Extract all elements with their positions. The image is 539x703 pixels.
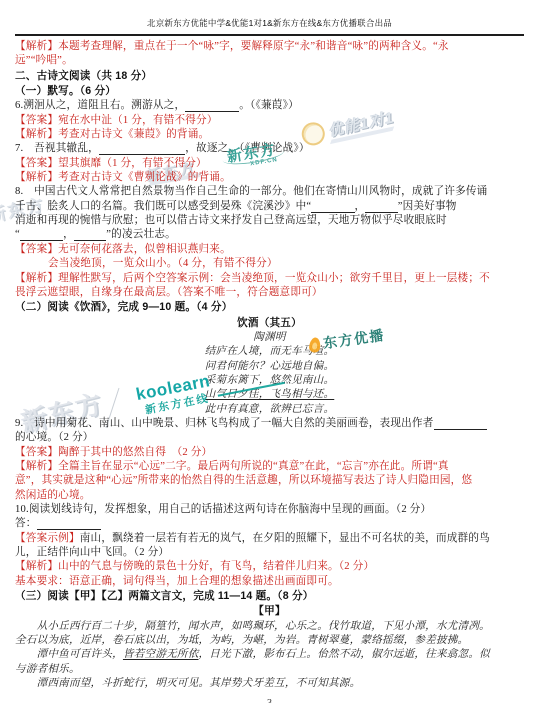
text-segment: 基本要求：语意正确，词句得当，加上合理的想象描述出画面即可。 [15, 576, 339, 587]
text-segment: 的心境。（2 分） [15, 432, 94, 443]
document-line: 山气日夕佳，飞鸟相与还。 [15, 388, 524, 402]
document-page: 新东方 新东方 新东方 北京新东方优能中学&优能1对1&新东方在线&东方优播联合… [0, 0, 539, 703]
text-segment: 此中有真意，欲辨已忘言。 [205, 404, 335, 415]
blank-underline [311, 202, 354, 213]
document-line: 【答案示例】南山，飘绕着一层若有若无的岚气，在夕阳的照耀下，显出不可名状的美，而… [15, 532, 524, 546]
text-segment: 畏浮云遮望眼，自缘身在最高层。（答案不唯一，符合题意即可） [15, 287, 323, 298]
document-line: 陶渊明 [15, 331, 524, 345]
blank-underline [185, 101, 239, 112]
text-segment: 【解析】理解性默写，后两个空答案示例：会当凌绝顶，一览众山小；欲穷千里目，更上一… [15, 273, 490, 284]
text-segment: 6.溯洄从之，道阻且右。溯游从之， [15, 100, 185, 111]
text-segment: 【答案】无可奈何花落去，似曾相识燕归来。 [15, 244, 231, 255]
text-segment: 采菊东篱下，悠然见南山。 [205, 375, 335, 386]
text-segment: 【解析】考查对古诗文《曹刿论战》的背诵。 [15, 172, 231, 183]
document-line: 【答案】陶醉于其中的悠然自得 （2 分） [15, 446, 524, 460]
document-line: 的心境。（2 分） [15, 431, 524, 445]
text-segment: 【答案】宛在水中沚（1 分，有错不得分） [15, 115, 218, 126]
text-segment: 结庐在人境，而无车马喧。 [205, 346, 335, 357]
text-segment: 会当凌绝顶，一览众山小。（4 分，有错不得分） [48, 258, 278, 269]
text-segment: 远”“吟唱”。 [15, 55, 73, 66]
document-line: 饮酒（其五） [15, 316, 524, 331]
document-line: 【答案】宛在水中沚（1 分，有错不得分） [15, 114, 524, 128]
text-segment: 儿，正结伴向山中飞回。（2 分） [15, 547, 169, 558]
document-line: 消逝和再现的惋惜与欣慰；也可以借古诗文来抒发自己登高远望，天地万物似乎尽收眼底时 [15, 214, 524, 228]
document-line: 从小丘西行百二十步，隔篁竹，闻水声，如鸣珮环，心乐之。伐竹取道，下见小潭，水尤清… [15, 620, 524, 634]
text-segment: 南山，飘绕着一层若有若无的岚气，在夕阳的照耀下，显出不可名状的美，而成群的鸟 [80, 533, 490, 544]
text-segment: 皆若空游无所依 [123, 649, 199, 660]
text-segment: 【解析】本题考查理解，重点在于一个“咏”字，要解释原字“永”和谐音“咏”的两种含… [15, 41, 449, 52]
document-line: 【解析】理解性默写，后两个空答案示例：会当凌绝顶，一览众山小；欲穷千里目，更上一… [15, 272, 524, 286]
text-segment: 问君何能尔？心远地自偏。 [205, 361, 335, 372]
blank-underline [434, 419, 488, 430]
document-line: 此中有真意，欲辨已忘言。 [15, 403, 524, 417]
text-segment: 10.阅读划线诗句，发挥想象，用自己的话描述这两句诗在你脑海中呈现的画面。（2 … [15, 504, 431, 515]
document-line: （一）默写。（6 分） [15, 84, 524, 99]
document-line: （二）阅读《饮酒》，完成 9—10 题。（4 分） [15, 300, 524, 315]
text-segment: 【答案】望其旗靡（1 分，有错不得分） [15, 158, 207, 169]
document-line: 基本要求：语意正确，词句得当，加上合理的想象描述出画面即可。 [15, 575, 524, 589]
blank-underline [74, 230, 106, 241]
text-segment: （一）默写。（6 分） [15, 85, 116, 97]
document-line: 全石以为底，近岸，卷石底以出，为坻，为屿，为嵁，为岩。青树翠蔓，蒙络摇缀，参差披… [15, 634, 524, 648]
document-line: 远”“吟唱”。 [15, 54, 524, 68]
text-segment: 9. 诗中用菊花、南山、山中晚景、归林飞鸟构成了一幅大自然的美丽画卷，表现出作者 [15, 418, 434, 429]
document-line: 6.溯洄从之，道阻且右。溯游从之， 。（《蒹葭》） [15, 99, 524, 113]
text-segment: 【解析】山中的气息与傍晚的景色十分好，有飞鸟，结着伴儿归来。（2 分） [15, 561, 374, 572]
document-line: 畏浮云遮望眼，自缘身在最高层。（答案不唯一，符合题意即可） [15, 286, 524, 300]
text-segment: 【解析】考查对古诗文《蒹葭》的背诵。 [15, 129, 209, 140]
text-segment: 陶渊明 [253, 332, 285, 343]
text-segment: 【甲】 [253, 605, 285, 617]
document-line: 结庐在人境，而无车马喧。 [15, 345, 524, 359]
document-line: 千古、脍炙人口的名篇。我们既可以感受到晏殊《浣溪沙》中“ ， ”因美好事物 [15, 200, 524, 214]
document-line: 答： [15, 517, 524, 531]
text-segment: 。（《蒹葭》） [239, 100, 299, 111]
text-segment: 与游者相乐。 [15, 664, 80, 675]
text-segment: ，日光下澈，影布石上。佁然不动，俶尔远逝，往来翕忽。似 [199, 649, 490, 660]
text-segment: 全石以为底，近岸，卷石底以出，为坻，为屿，为嵁，为岩。青树翠蔓，蒙络摇缀，参差披… [15, 635, 468, 646]
text-segment: 潭中鱼可百许头， [15, 649, 123, 660]
text-segment: 【解析】全篇主旨在显示“心远”二字。最后两句所说的“真意”在此，“忘言”亦在此。… [15, 461, 449, 472]
document-line: 意”，其实就是这种“心远”所带来的怡然自得的生活意趣，所以环境描写表达了诗人归隐… [15, 474, 524, 488]
document-line: 与游者相乐。 [15, 663, 524, 677]
text-segment: 【答案】陶醉于其中的悠然自得 （2 分） [15, 447, 212, 458]
document-line: 潭中鱼可百许头，皆若空游无所依，日光下澈，影布石上。佁然不动，俶尔远逝，往来翕忽… [15, 648, 524, 662]
text-segment: 消逝和再现的惋惜与欣慰；也可以借古诗文来抒发自己登高远望，天地万物似乎尽收眼底时 [15, 215, 447, 226]
text-segment: 7. 吾视其辙乱， [15, 143, 99, 154]
document-line: 采菊东篱下，悠然见南山。 [15, 374, 524, 388]
text-segment: 意”，其实就是这种“心远”所带来的怡然自得的生活意趣，所以环境描写表达了诗人归隐… [15, 475, 472, 486]
document-line: 【解析】全篇主旨在显示“心远”二字。最后两句所说的“真意”在此，“忘言”亦在此。… [15, 460, 524, 474]
header-title: 北京新东方优能中学&优能1对1&新东方在线&东方优播联合出品 [147, 18, 392, 28]
document-line: 儿，正结伴向山中飞回。（2 分） [15, 546, 524, 560]
document-line: 【答案】望其旗靡（1 分，有错不得分） [15, 157, 524, 171]
document-content: 【解析】本题考查理解，重点在于一个“咏”字，要解释原字“永”和谐音“咏”的两种含… [15, 40, 524, 703]
document-line: 问君何能尔？心远地自偏。 [15, 360, 524, 374]
document-line: 【答案】无可奈何花落去，似曾相识燕归来。 [15, 243, 524, 257]
document-line: “ ， ”的凌云壮志。 [15, 228, 524, 242]
text-segment: 千古、脍炙人口的名篇。我们既可以感受到晏殊《浣溪沙》中“ [15, 201, 311, 212]
document-line: 然闲适的心境。 [15, 489, 524, 503]
text-segment: ”因美好事物 [398, 201, 457, 212]
blank-underline [20, 230, 63, 241]
document-line: 7. 吾视其辙乱， ，故逐之。（《曹刿论战》） [15, 142, 524, 156]
text-segment: 饮酒（其五） [237, 317, 302, 329]
text-segment: ”的凌云壮志。 [106, 229, 176, 240]
text-segment: 二、古诗文阅读（共 18 分） [15, 70, 152, 82]
page-header: 北京新东方优能中学&优能1对1&新东方在线&东方优播联合出品 [15, 0, 524, 36]
document-line: 8. 中国古代文人常常把自然景物当作自己生命的一部分。他们在寄情山川风物时，成就… [15, 185, 524, 199]
document-line: 【解析】山中的气息与傍晚的景色十分好，有飞鸟，结着伴儿归来。（2 分） [15, 560, 524, 574]
blank-underline [99, 144, 185, 155]
text-segment: 8. 中国古代文人常常把自然景物当作自己生命的一部分。他们在寄情山川风物时，成就… [15, 186, 487, 197]
text-segment: （二）阅读《饮酒》，完成 9—10 题。（4 分） [15, 301, 232, 313]
page-number: 3 [15, 698, 524, 703]
document-line: 9. 诗中用菊花、南山、山中晚景、归林飞鸟构成了一幅大自然的美丽画卷，表现出作者 [15, 417, 524, 431]
text-segment: ，故逐之。（《曹刿论战》） [185, 143, 309, 154]
text-segment: 答： [15, 518, 37, 529]
text-segment: 山气日夕佳，飞鸟相与还。 [205, 389, 335, 400]
text-segment: 潭西南而望，斗折蛇行，明灭可见。其岸势犬牙差互，不可知其源。 [15, 678, 360, 689]
document-line: 潭西南而望，斗折蛇行，明灭可见。其岸势犬牙差互，不可知其源。 [15, 677, 524, 691]
document-line: 【解析】本题考查理解，重点在于一个“咏”字，要解释原字“永”和谐音“咏”的两种含… [15, 40, 524, 54]
text-segment: （三）阅读【甲】【乙】两篇文言文，完成 11—14 题。（8 分） [15, 590, 314, 602]
blank-underline [37, 519, 102, 530]
document-line: 会当凌绝顶，一览众山小。（4 分，有错不得分） [15, 257, 524, 271]
text-segment: ， [355, 201, 366, 212]
document-line: （三）阅读【甲】【乙】两篇文言文，完成 11—14 题。（8 分） [15, 589, 524, 604]
blank-underline [365, 202, 397, 213]
document-line: 二、古诗文阅读（共 18 分） [15, 69, 524, 84]
document-line: 10.阅读划线诗句，发挥想象，用自己的话描述这两句诗在你脑海中呈现的画面。（2 … [15, 503, 524, 517]
document-line: 【甲】 [15, 604, 524, 619]
text-segment: ， [63, 229, 74, 240]
text-segment: 从小丘西行百二十步，隔篁竹，闻水声，如鸣珮环，心乐之。伐竹取道，下见小潭，水尤清… [15, 621, 490, 632]
document-line: 【解析】考查对古诗文《曹刿论战》的背诵。 [15, 171, 524, 185]
text-segment: 然闲适的心境。 [15, 490, 91, 501]
text-segment: 【答案示例】 [15, 533, 80, 544]
document-line: 【解析】考查对古诗文《蒹葭》的背诵。 [15, 128, 524, 142]
